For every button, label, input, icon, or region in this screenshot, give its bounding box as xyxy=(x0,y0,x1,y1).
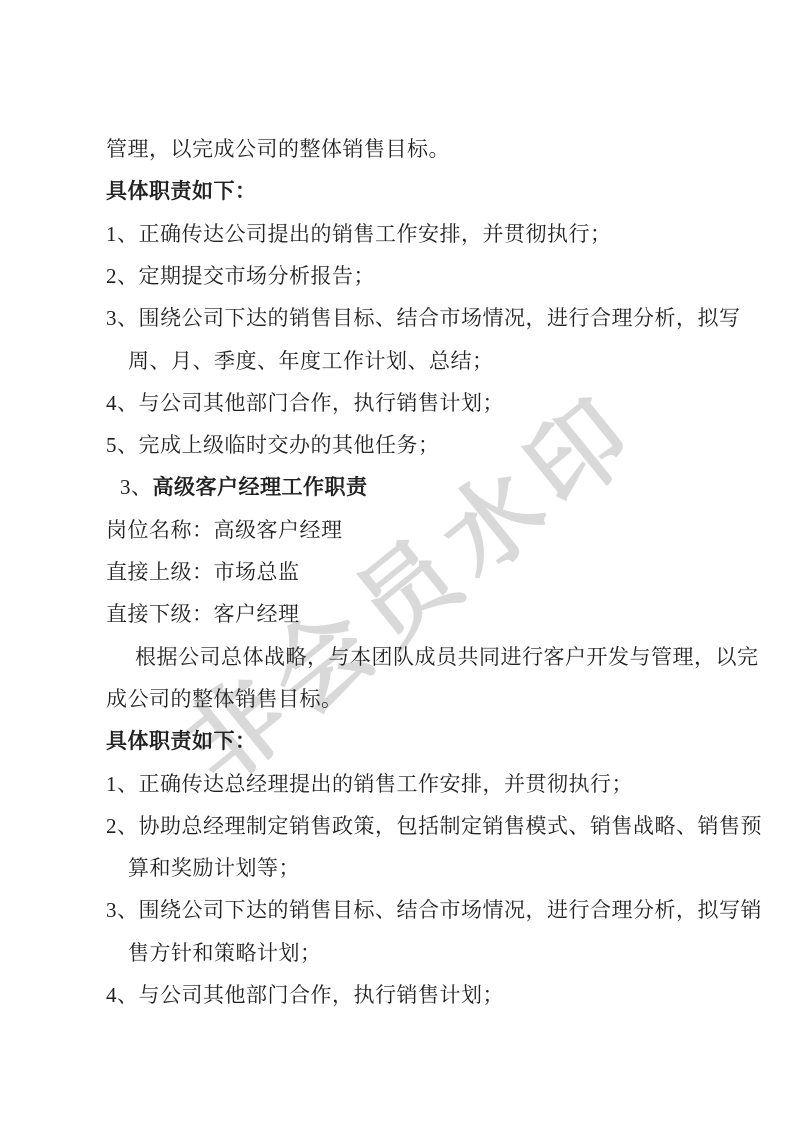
text-line: 4、与公司其他部门合作，执行销售计划； xyxy=(106,388,504,418)
text-run: 算和奖励计划等； xyxy=(128,856,300,880)
text-run: 1、正确传达总经理提出的销售工作安排，并贯彻执行； xyxy=(106,772,633,796)
text-line: 具体职责如下： xyxy=(106,726,257,756)
text-line: 2、协助总经理制定销售政策，包括制定销售模式、销售战略、销售预 xyxy=(106,811,762,841)
text-run: 4、与公司其他部门合作，执行销售计划； xyxy=(106,983,504,1007)
text-run: 直接下级：客户经理 xyxy=(106,602,300,626)
text-line: 直接下级：客户经理 xyxy=(106,599,300,629)
text-line: 3、围绕公司下达的销售目标、结合市场情况，进行合理分析，拟写销 xyxy=(106,895,762,925)
text-run: 周、月、季度、年度工作计划、总结； xyxy=(128,349,494,373)
text-run: 3、围绕公司下达的销售目标、结合市场情况，进行合理分析，拟写 xyxy=(106,306,741,330)
text-run: 2、协助总经理制定销售政策，包括制定销售模式、销售战略、销售预 xyxy=(106,814,762,838)
text-line: 算和奖励计划等； xyxy=(128,853,300,883)
text-line: 周、月、季度、年度工作计划、总结； xyxy=(128,346,494,376)
text-run: 5、完成上级临时交办的其他任务； xyxy=(106,433,440,457)
text-line: 售方针和策略计划； xyxy=(128,938,322,968)
text-line: 4、与公司其他部门合作，执行销售计划； xyxy=(106,980,504,1010)
document-body: 管理，以完成公司的整体销售目标。具体职责如下：1、正确传达公司提出的销售工作安排… xyxy=(0,0,800,1131)
text-line: 根据公司总体战略，与本团队成员共同进行客户开发与管理，以完 xyxy=(135,642,759,672)
text-run: 4、与公司其他部门合作，执行销售计划； xyxy=(106,391,504,415)
text-run: 根据公司总体战略，与本团队成员共同进行客户开发与管理，以完 xyxy=(135,645,759,669)
text-line: 1、正确传达公司提出的销售工作安排，并贯彻执行； xyxy=(106,219,612,249)
bold-text-run: 高级客户经理工作职责 xyxy=(153,475,368,499)
text-run: 直接上级：市场总监 xyxy=(106,560,300,584)
text-line: 3、围绕公司下达的销售目标、结合市场情况，进行合理分析，拟写 xyxy=(106,303,741,333)
text-run: 售方针和策略计划； xyxy=(128,941,322,965)
text-line: 管理，以完成公司的整体销售目标。 xyxy=(106,134,450,164)
text-line: 1、正确传达总经理提出的销售工作安排，并贯彻执行； xyxy=(106,769,633,799)
text-run: 管理，以完成公司的整体销售目标。 xyxy=(106,137,450,161)
document-page: 非会员水印 管理，以完成公司的整体销售目标。具体职责如下：1、正确传达公司提出的… xyxy=(0,0,800,1131)
text-run: 岗位名称：高级客户经理 xyxy=(106,518,343,542)
text-run: 3、围绕公司下达的销售目标、结合市场情况，进行合理分析，拟写销 xyxy=(106,898,762,922)
text-line: 成公司的整体销售目标。 xyxy=(106,684,343,714)
text-line: 岗位名称：高级客户经理 xyxy=(106,515,343,545)
text-line: 3、高级客户经理工作职责 xyxy=(120,472,368,502)
text-line: 2、定期提交市场分析报告； xyxy=(106,261,375,291)
text-run: 1、正确传达公司提出的销售工作安排，并贯彻执行； xyxy=(106,222,612,246)
text-line: 具体职责如下： xyxy=(106,176,257,206)
text-line: 5、完成上级临时交办的其他任务； xyxy=(106,430,440,460)
text-line: 直接上级：市场总监 xyxy=(106,557,300,587)
text-run: 2、定期提交市场分析报告； xyxy=(106,264,375,288)
bold-text-run: 具体职责如下： xyxy=(106,179,257,203)
text-run: 成公司的整体销售目标。 xyxy=(106,687,343,711)
text-run: 3、 xyxy=(120,475,153,499)
bold-text-run: 具体职责如下： xyxy=(106,729,257,753)
